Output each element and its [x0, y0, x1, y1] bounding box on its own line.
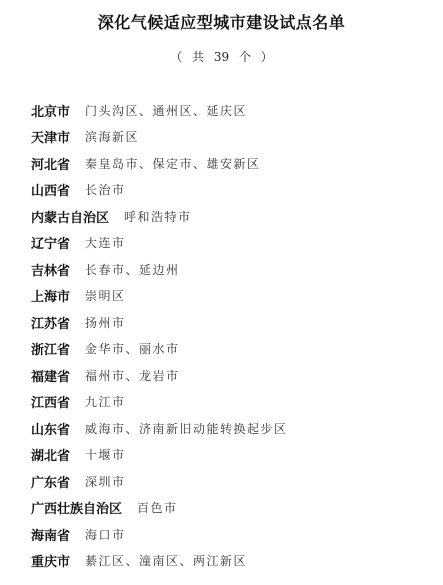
city-names: 扬州市: [85, 314, 126, 331]
city-names: 海口市: [85, 526, 126, 543]
list-item: 山西省 长治市: [31, 177, 443, 204]
region-label: 辽宁省: [31, 233, 70, 252]
region-label: 北京市: [31, 101, 70, 120]
city-names: 秦皇岛市、保定市、雄安新区: [85, 155, 261, 172]
city-names: 十堰市: [85, 446, 126, 463]
city-names: 大连市: [85, 234, 126, 251]
list-item: 重庆市 綦江区、潼南区、两江新区: [31, 548, 443, 575]
list-item: 辽宁省 大连市: [31, 230, 443, 257]
city-names: 长春市、延边州: [85, 261, 180, 278]
list-item: 广西壮族自治区 百色市: [31, 495, 443, 522]
city-names: 威海市、济南新旧动能转换起步区: [85, 420, 288, 437]
list-item: 吉林省 长春市、延边州: [31, 256, 443, 283]
region-label: 山西省: [31, 180, 70, 199]
region-label: 山东省: [31, 419, 70, 438]
region-label: 江苏省: [31, 313, 70, 332]
list-item: 福建省 福州市、龙岩市: [31, 362, 443, 389]
list-item: 江苏省 扬州市: [31, 309, 443, 336]
city-names: 门头沟区、通州区、延庆区: [85, 102, 247, 119]
list-item: 上海市 崇明区: [31, 283, 443, 310]
list-item: 北京市 门头沟区、通州区、延庆区: [31, 97, 443, 124]
region-label: 重庆市: [31, 551, 70, 570]
list-item: 山东省 威海市、济南新旧动能转换起步区: [31, 415, 443, 442]
region-label: 江西省: [31, 392, 70, 411]
region-label: 河北省: [31, 154, 70, 173]
list-item: 天津市 滨海新区: [31, 124, 443, 151]
city-names: 金华市、丽水市: [85, 340, 180, 357]
city-names: 呼和浩特市: [124, 208, 192, 225]
region-label: 湖北省: [31, 445, 70, 464]
region-label: 天津市: [31, 127, 70, 146]
document-subtitle-count: （ 共 39 个 ）: [0, 48, 443, 65]
city-names: 九江市: [85, 393, 126, 410]
list-item: 内蒙古自治区 呼和浩特市: [31, 203, 443, 230]
document-title: 深化气候适应型城市建设试点名单: [0, 10, 443, 33]
list-item: 浙江省 金华市、丽水市: [31, 336, 443, 363]
city-names: 深圳市: [85, 473, 126, 490]
region-label: 广西壮族自治区: [31, 498, 122, 517]
region-label: 浙江省: [31, 339, 70, 358]
region-label: 上海市: [31, 286, 70, 305]
city-names: 百色市: [137, 499, 178, 516]
city-names: 綦江区、潼南区、两江新区: [85, 552, 247, 569]
city-names: 崇明区: [85, 287, 126, 304]
list-item: 湖北省 十堰市: [31, 442, 443, 469]
region-label: 吉林省: [31, 260, 70, 279]
list-item: 江西省 九江市: [31, 389, 443, 416]
region-label: 广东省: [31, 472, 70, 491]
region-label: 内蒙古自治区: [31, 207, 109, 226]
region-label: 福建省: [31, 366, 70, 385]
list-item: 广东省 深圳市: [31, 468, 443, 495]
city-names: 福州市、龙岩市: [85, 367, 180, 384]
list-item: 海南省 海口市: [31, 521, 443, 548]
city-names: 滨海新区: [85, 128, 139, 145]
city-names: 长治市: [85, 181, 126, 198]
pilot-city-list: 北京市 门头沟区、通州区、延庆区 天津市 滨海新区 河北省 秦皇岛市、保定市、雄…: [31, 97, 443, 574]
region-label: 海南省: [31, 525, 70, 544]
list-item: 河北省 秦皇岛市、保定市、雄安新区: [31, 150, 443, 177]
